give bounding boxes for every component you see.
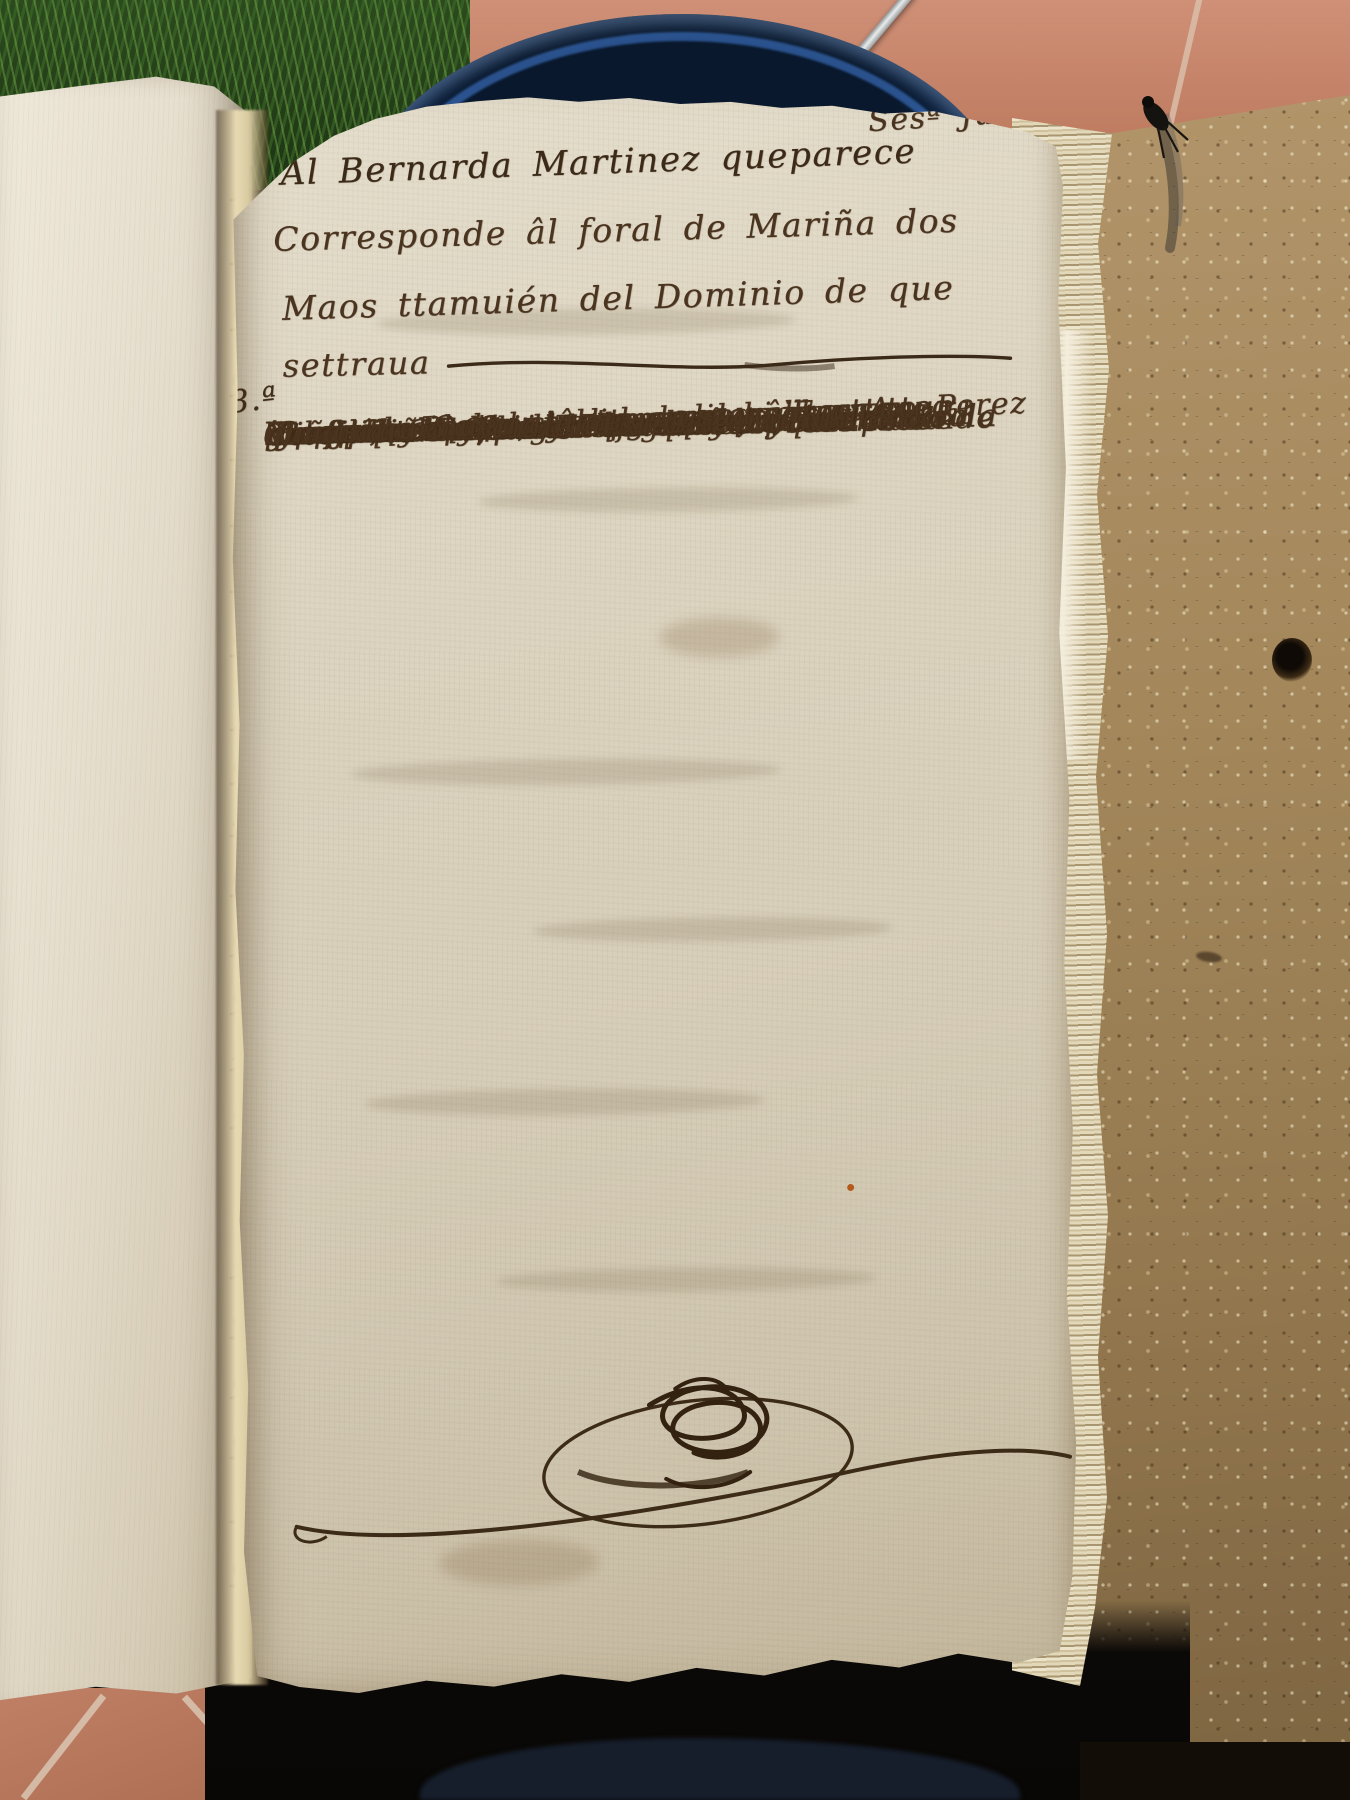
body-line: ymas quequeda âl expresado Fran.co Perez <box>275 417 278 477</box>
ink-bleed <box>532 916 892 944</box>
shadow-bottom-right <box>1080 1742 1350 1800</box>
rust-spot <box>847 1184 854 1191</box>
manuscript-photo: nueboſlmedióſon vnſd. y orillaſn sepaſrr… <box>0 0 1350 1800</box>
ink-bleed <box>478 486 858 514</box>
paper-stain <box>659 617 779 658</box>
header-line-2: Corresponde âl foral de Mariña dos <box>273 201 959 259</box>
tile-grout-line <box>21 1694 107 1800</box>
header-line-1: Âl Bernarda Martinez queparece <box>280 131 917 193</box>
ink-bleed <box>351 757 781 788</box>
body-line: quefixaron diuidiendo esttapartida <box>263 418 265 478</box>
closing-rule-stroke <box>444 344 1016 390</box>
notary-rubric <box>277 1349 1079 1567</box>
fly <box>1118 88 1208 258</box>
left-page: nueboſlmedióſon vnſd. y orillaſn sepaſrr… <box>0 60 252 1720</box>
ink-bleed <box>496 1266 876 1294</box>
header-line-4: settraua <box>282 343 431 385</box>
board-hole <box>1272 638 1312 682</box>
body-text: Ytten han vistto mira doyrre conozido la… <box>263 394 1053 417</box>
ink-bleed <box>364 1087 764 1117</box>
main-page: Âl Bernarda Martinez queparece Sesª Jura… <box>223 54 1085 1718</box>
